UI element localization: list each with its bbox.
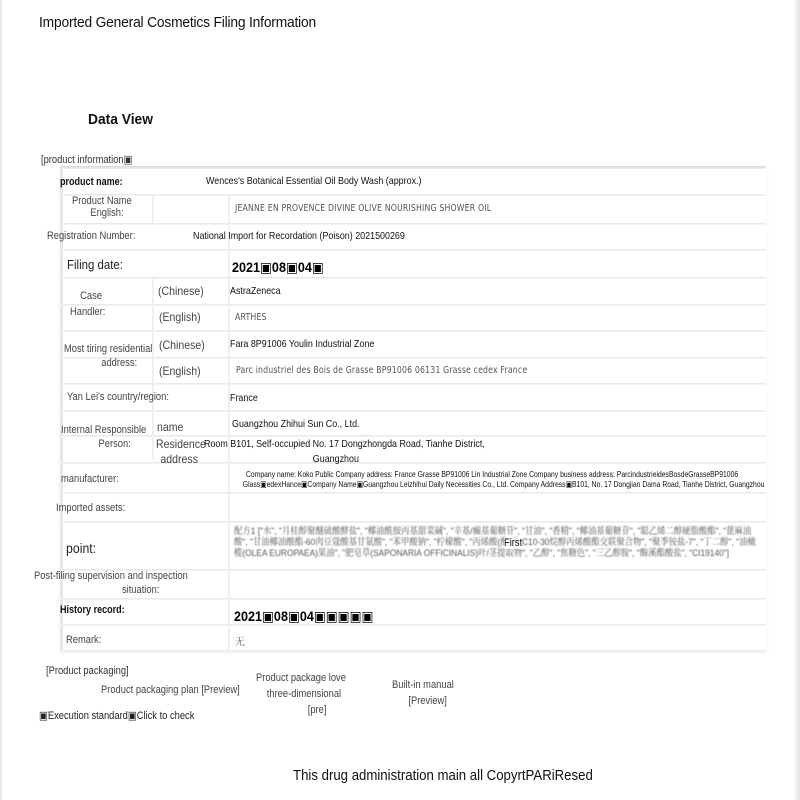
copyright-footer: This drug administration main all Copyrt…: [293, 767, 593, 784]
table-row-divider: [60, 410, 766, 412]
table-row-divider: [60, 624, 766, 626]
product-package-3d-preview-link[interactable]: Product package love three-dimensional […: [256, 670, 346, 718]
remark-label: Remark:: [66, 634, 101, 646]
responsible-person-residence-label: Residence address: [156, 437, 206, 467]
data-view-heading: Data View: [88, 111, 153, 128]
execution-standard-check-link[interactable]: ▣Execution standard▣Click to check: [39, 709, 194, 722]
column-divider: [152, 196, 154, 223]
product-name-english-value: JEANNE EN PROVENCE DIVINE OLIVE NOURISHI…: [235, 203, 491, 214]
product-information-section-label: [product information▣: [41, 153, 132, 166]
remark-value: 无: [235, 633, 245, 648]
table-row-divider: [60, 357, 766, 359]
page-title: Imported General Cosmetics Filing Inform…: [39, 14, 316, 31]
registration-number-value: National Import for Recordation (Poison)…: [193, 230, 405, 242]
manufacturer-value: Company name: Koko Public Company addres…: [246, 469, 764, 489]
table-row-divider: [60, 383, 766, 385]
case-handler-english-value: ARTHES: [235, 312, 267, 323]
table-row-divider: [60, 304, 766, 306]
table-row-divider: [60, 223, 766, 225]
case-handler-label: Case Handler:: [70, 290, 105, 318]
imported-assets-label: Imported assets:: [56, 502, 125, 514]
right-scroll-edge: [794, 0, 800, 800]
table-row-divider: [60, 598, 766, 600]
table-row-divider: [60, 194, 766, 196]
product-name-value: Wences's Botanical Essential Oil Body Wa…: [206, 175, 422, 187]
point-value: 配方1 ["水", "月桂醇聚醚硫酸酵盐", "椰油酰胺丙基甜菜碱", "辛基/…: [234, 526, 762, 559]
country-region-label: Yan Lei's country/region:: [67, 391, 169, 403]
responsible-person-residence-value: Room B101, Self-occupied No. 17 Dongzhon…: [204, 438, 485, 465]
column-divider: [228, 196, 230, 651]
table-row-divider: [60, 249, 766, 251]
registration-number-label: Registration Number:: [47, 230, 135, 242]
product-name-label: product name:: [60, 176, 123, 188]
filing-date-label: Filing date:: [67, 257, 123, 272]
case-handler-chinese-label: (Chinese): [158, 284, 204, 298]
case-handler-english-label: (English): [159, 310, 201, 324]
first-overlay-label: First: [504, 537, 522, 549]
post-filing-supervision-label: Post-filing supervision and inspection s…: [34, 570, 188, 596]
table-row-divider: [60, 277, 766, 279]
point-label: point:: [66, 540, 96, 556]
product-name-english-label: Product Name English:: [72, 195, 132, 219]
table-row-divider: [60, 330, 766, 332]
table-row-divider: [60, 166, 766, 169]
table-row-divider: [60, 650, 766, 652]
responsible-person-name-value: Guangzhou Zhihui Sun Co., Ltd.: [232, 418, 360, 430]
residential-address-english-value: Parc industriel des Bois de Grasse BP910…: [236, 365, 527, 376]
column-divider: [152, 279, 154, 459]
manufacturer-label: manufacturer:: [61, 473, 119, 485]
responsible-person-name-label: name: [157, 420, 183, 434]
built-in-manual-preview-link[interactable]: Built-in manual [Preview]: [392, 677, 454, 709]
history-record-label: History record:: [60, 604, 125, 616]
residential-address-english-label: (English): [159, 364, 201, 378]
table-row-divider: [60, 521, 766, 523]
product-packaging-plan-preview-link[interactable]: Product packaging plan [Preview]: [101, 684, 240, 696]
residential-address-chinese-label: (Chinese): [159, 338, 205, 352]
country-region-value: France: [230, 392, 258, 404]
residential-address-chinese-value: Fara 8P91006 Youlin Industrial Zone: [230, 338, 374, 350]
left-frame-edge: [0, 0, 3, 800]
case-handler-chinese-value: AstraZeneca: [230, 285, 281, 297]
product-packaging-section-label: [Product packaging]: [46, 665, 129, 677]
table-row-divider: [60, 492, 766, 494]
residential-address-label: Most tiring residential address:: [64, 343, 152, 369]
internal-responsible-person-label: Internal Responsible Person:: [61, 424, 146, 450]
filing-date-value: 2021▣08▣04▣: [232, 259, 324, 276]
history-record-value: 2021▣08▣04▣▣▣▣▣: [234, 608, 373, 625]
